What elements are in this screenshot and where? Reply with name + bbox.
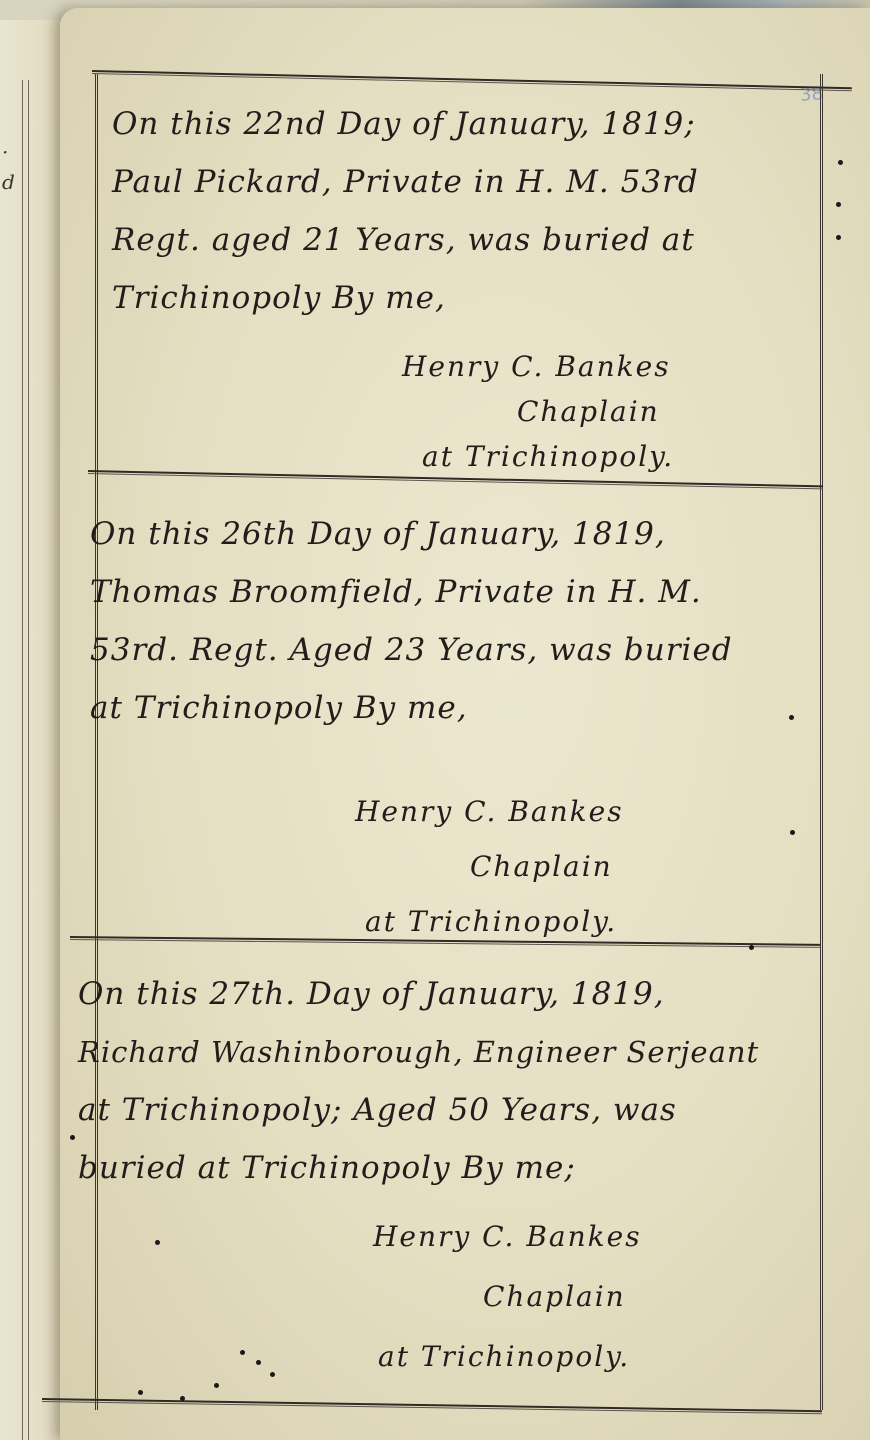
ink-dot <box>138 1390 143 1395</box>
ink-dot <box>790 830 795 835</box>
entry-line: Richard Washinborough, Engineer Serjeant <box>78 1023 793 1081</box>
entry-line: On this 26th Day of January, 1819, <box>90 505 805 563</box>
left-page-rule <box>28 80 29 1440</box>
entry-line: buried at Trichinopoly By me; <box>78 1139 793 1197</box>
ink-dot <box>256 1360 261 1365</box>
ink-dot <box>270 1372 275 1377</box>
signature-title: Chaplain <box>517 395 660 428</box>
entry-line: at Trichinopoly By me, <box>90 679 805 737</box>
signature-name: Henry C. Bankes <box>402 350 671 383</box>
ink-dot <box>214 1383 219 1388</box>
ink-dot <box>749 945 754 950</box>
signature-name: Henry C. Bankes <box>355 795 624 828</box>
left-page-rule <box>22 80 23 1440</box>
entry-line: On this 22nd Day of January, 1819; <box>112 95 827 153</box>
entry-line: Trichinopoly By me, <box>112 269 827 327</box>
signature-title: Chaplain <box>470 850 613 883</box>
entry-line: 53rd. Regt. Aged 23 Years, was buried <box>90 621 805 679</box>
entry-line: Regt. aged 21 Years, was buried at <box>112 211 827 269</box>
signature-name: Henry C. Bankes <box>373 1220 642 1253</box>
ink-dot <box>180 1396 185 1401</box>
signature-location: at Trichinopoly. <box>378 1340 630 1373</box>
signature-location: at Trichinopoly. <box>422 440 674 473</box>
entry-line: at Trichinopoly; Aged 50 Years, was <box>78 1081 793 1139</box>
signature-location: at Trichinopoly. <box>365 905 617 938</box>
ink-dot <box>836 235 841 240</box>
ink-dot <box>240 1350 245 1355</box>
burial-entry: On this 22nd Day of January, 1819; Paul … <box>112 95 827 327</box>
left-page-fragment: · <box>2 140 8 164</box>
ink-dot <box>838 160 843 165</box>
burial-entry: On this 26th Day of January, 1819, Thoma… <box>90 505 805 737</box>
ink-dot <box>155 1240 160 1245</box>
left-page-fragment: d <box>2 170 15 194</box>
entry-line: On this 27th. Day of January, 1819, <box>78 965 793 1023</box>
entry-line: Thomas Broomfield, Private in H. M. <box>90 563 805 621</box>
entry-line: Paul Pickard, Private in H. M. 53rd <box>112 153 827 211</box>
signature-title: Chaplain <box>483 1280 626 1313</box>
ink-dot <box>70 1135 75 1140</box>
burial-entry: On this 27th. Day of January, 1819, Rich… <box>78 965 793 1197</box>
ink-dot <box>836 202 841 207</box>
ink-dot <box>789 715 794 720</box>
